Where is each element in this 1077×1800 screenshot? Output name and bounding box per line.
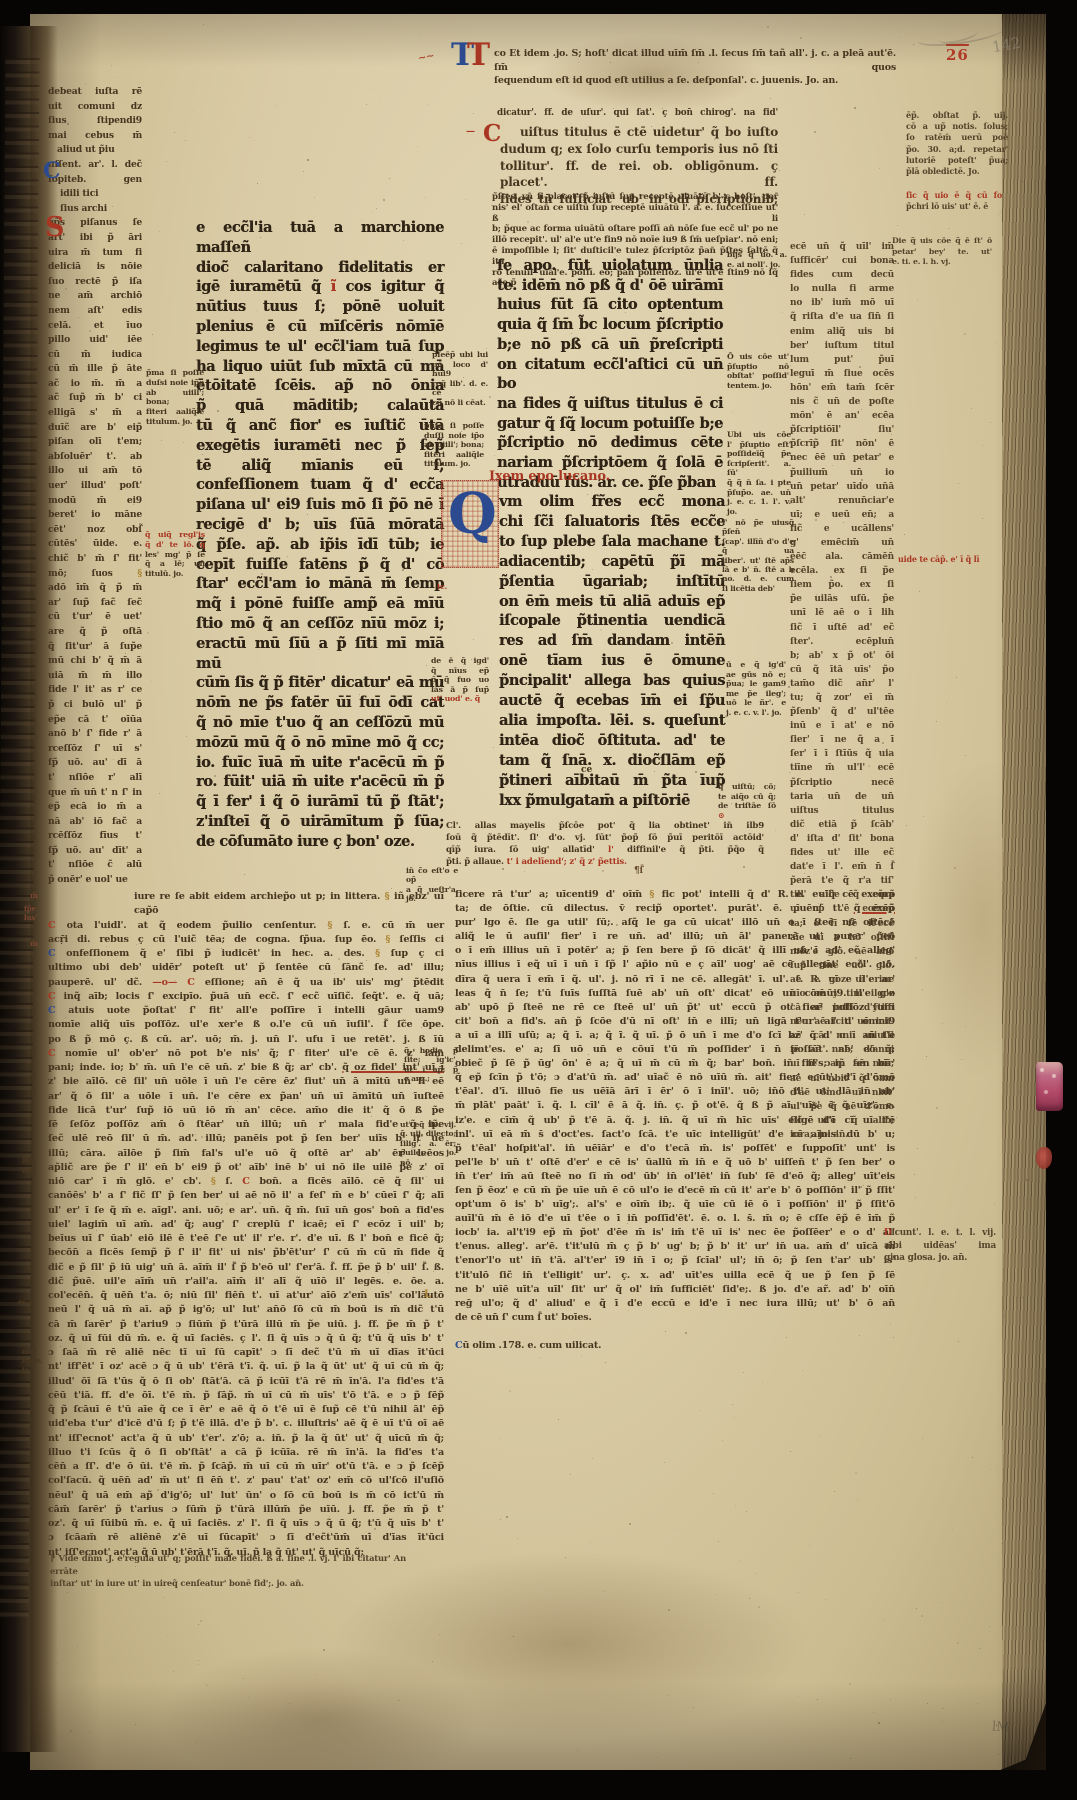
- right-margin-gloss-line: p̃erā t'e q̃ r'a tiſ': [790, 874, 894, 888]
- note-right-col2-e-line: me p̃e ileg';: [726, 689, 786, 699]
- left-margin-gloss-line: ac̃ ſup̃ m̄ b' ci: [48, 391, 142, 406]
- chapter-initial-q: Q: [448, 486, 497, 542]
- left-margin-gloss-line: cūtēs' ūide. e.: [48, 537, 142, 552]
- footnote-line: ⁋ Vide dn̄m .J. e'regula ut' q; poſſit' …: [50, 1552, 406, 1577]
- col2-gloss-tiny-line: illō recepit'. ul' al'e ut'e fin9 nō noī…: [492, 235, 778, 246]
- right-margin-dicunt-note: Dicunt'. l. e. t. l. vij.aībi uidēas' im…: [884, 1227, 996, 1265]
- note-right-col2-e-line: ae gūs nō e;: [726, 670, 786, 680]
- left-margin-gloss-line: uer' illud' poſt': [48, 479, 142, 494]
- right-margin-gloss-line: un̄ petar' uīdo un̄ā: [790, 480, 894, 494]
- note-left-lr-b-line: ut' ī ap̃; p̃: [404, 1065, 458, 1074]
- right-margin-gloss-line: d'aē ōmo uī nbit': [790, 1086, 894, 1100]
- note-right-col2-c-line: l' p̃ſuptio eſt': [727, 440, 791, 450]
- left-margin-gloss-line: cū m̄ iudica: [48, 348, 142, 363]
- lower-left-gloss-line: canōēs' b' a ſ' fic̃ ſſ' p̃ ſen ber' ui …: [48, 1189, 444, 1203]
- right-margin-gloss-line: ſup̃ rine uō glō.: [790, 959, 894, 973]
- left-margin-gloss-line: uira m̄ tum fi: [48, 246, 142, 261]
- main-column-1-line: p̃ quā māditib; calaūtā: [196, 396, 444, 416]
- left-margin-gloss-line: elligā s' m̄ a: [48, 406, 142, 421]
- col2-tiny-after: Cl'. allas mayelis p̃ſcōe pot' q̃ lia ob…: [446, 820, 764, 868]
- inter-note-left-a-line: fiteri aaliq̃le: [146, 407, 204, 417]
- gold-l-mark: L: [424, 1290, 438, 1300]
- lower-left-gloss-line: illud' ōī ſā t'ūs q̃ ō ſi ob' ſtāt'ā. cā…: [48, 1375, 444, 1389]
- lower-left-gloss-line: neū l' q̃ uā m̄ aī. ap̃ p̃ ig'ō; ul' lut…: [48, 1303, 444, 1317]
- main-column-1-line: igē iuramētū q̃ ĩ cos igitur q̃: [196, 277, 444, 297]
- right-margin-gloss-line: uī; e ueū en̄; a: [790, 508, 894, 522]
- note-right-col2-c-line: Ubi uis cōe: [727, 430, 791, 440]
- main-column-2a-line: na fides q̃ uiſtus titulus ē ci: [497, 394, 723, 414]
- inter-note-mid-b-line: duſſi noie ip̃o: [424, 431, 484, 441]
- main-column-1-line: eractū mū ſīū a p̃ ſīti mī mīā mū: [196, 634, 444, 674]
- manuscript-photo: { "meta": { "folio_number": "26", "penci…: [0, 0, 1077, 1800]
- main-column-2a-line: ſe apo. fūt uiolatum ūnlia: [497, 256, 723, 276]
- lower-left-gloss-line: iure re ſe abit eidem archiep̃o ut p; in…: [48, 890, 444, 919]
- lower-right-gloss-line: [455, 1325, 895, 1339]
- right-margin-gloss-line: p̃uilium̄ un̄ io: [790, 466, 894, 480]
- lower-left-gloss-line: pauperē. ul' dc̃. —o— C eſſione; an̄ ē q…: [48, 976, 444, 990]
- left-margin-gloss-line: ne am̄ archiō: [48, 289, 142, 304]
- note-right-col2-b-line: Ō uis cōe ut': [727, 352, 789, 362]
- main-column-1-line: nōm̄ ne p̃s fatēr ūī fuī ōdī cat: [196, 693, 444, 713]
- right-margin-note-2: ſic q̃ uio ē q̃ cū fop̃chri lō uis' ut' …: [906, 190, 1002, 211]
- left-margin-gloss-line: aliud ut p̃iu: [48, 143, 142, 158]
- note-right-col2-a-line: bijs q̃ uo. a.: [727, 250, 787, 260]
- main-column-2b-line: adiacentib; capētū p̃ī mā: [499, 552, 725, 572]
- far-left-mark-a-line: m̄: [30, 891, 46, 900]
- left-margin-gloss-line: nem aſt' edis: [48, 304, 142, 319]
- note-right-col2-a-line: e. ai noll'. jo.: [727, 260, 787, 270]
- right-margin-gloss-line: ſic̃ ī uſtē ad' ec̃: [790, 621, 894, 635]
- lower-right-gloss-line: de cē un̄ ſ' cum ſ̄ ut' boīes.: [455, 1311, 895, 1325]
- inter-note-left-b-line: q̃ d' te lō. q̃: [145, 540, 205, 550]
- right-margin-dicunt-note-line: Dicunt'. l. e. t. l. vij.: [884, 1227, 996, 1240]
- left-margin-gloss-line: are q̃ p̃ oſtā: [48, 625, 142, 640]
- left-margin-gloss-line: nā ab' iō fac̃ a: [48, 815, 142, 830]
- right-margin-gloss-line: ecēla. ex ſi p̃e: [790, 564, 894, 578]
- lower-left-gloss-line: C inq̃ aīb; locis ſ' excipīo. p̃uā un̄ e…: [48, 990, 444, 1004]
- note-left-lr-a-line: in̄ c̃o eſt'o e op̃: [406, 866, 458, 885]
- lower-left-gloss-line: ultimo ubi deb' uidēr' poteſt ut' p̃ ſen…: [48, 961, 444, 975]
- right-margin-gloss-line: inū e ī at' e nō: [790, 719, 894, 733]
- red-tc-mark-line: tc.: [437, 583, 457, 591]
- note-right-col2-c-line: p̃ſup̃o. ae. un̄: [727, 488, 791, 498]
- main-column-2a-line: gatur q̃ ſq̃ locum potuiſſe b;e: [497, 414, 723, 434]
- far-left-mark-c: m̄: [30, 939, 46, 948]
- right-margin-gloss-line: hōn' em̄ tam̄ ſcēr: [790, 381, 894, 395]
- main-column-2b-line: p̃ncipalit' allega bas quius: [499, 671, 725, 691]
- left-margin-gloss-line: idili tici: [48, 187, 142, 202]
- right-margin-top-note-line: cō a up̃ notis. ſolus;: [906, 121, 1008, 132]
- lower-right-gloss-line: ne b' uīē uīt'a uīl' ſit' ur' q̃ ol' im̄…: [455, 1283, 895, 1297]
- folio-number: 26: [946, 46, 969, 64]
- note-right-col2-d-line: ſi licētia deb': [722, 584, 794, 593]
- pencil-folio-number: 142: [991, 34, 1022, 57]
- main-column-2a-line: huius fūt ſā cito optentum: [497, 295, 723, 315]
- main-column-2b-line: p̃ſentia ūgariab; inſtītū: [499, 572, 725, 592]
- main-column-2b-line: intēa dioc̃ ōſtituta. ad' te: [499, 731, 725, 751]
- right-margin-gloss-line: nec ēē un̄ petar' e: [790, 451, 894, 465]
- left-margin-gloss-line: mū chi b' q̃ m̄ ā: [48, 654, 142, 669]
- far-left-mark-e-line: ec̃a: [18, 1297, 48, 1307]
- left-margin-gloss-line: ſuo rectē p̃ iſa: [48, 275, 142, 290]
- far-left-mark-f: m̄erßaue.jo.: [22, 1347, 48, 1374]
- lower-left-gloss-line: ſec̃ ulē reō ſil' ū m̄. ad'. illū; panēi…: [48, 1132, 444, 1146]
- lower-left-gloss-line: C ota l'uidl'. at q̃ eodem p̃uilio cenſe…: [48, 919, 444, 933]
- main-column-1: e ecc̃l'ia tuā a marchione maſſeñdioc̃ c…: [196, 218, 444, 852]
- lower-left-gloss-line: becōn̄ a ficēs ſemp̃ p̃ ſ' il' fit' ui n…: [48, 1246, 444, 1260]
- right-margin-gloss-line: leguī m̄ ſiue ocēs: [790, 367, 894, 381]
- lower-left-gloss-line: cām̄ ſarēr' p̃ t'arius ɔ ſūm̄ p̃ t'ūrā i…: [48, 1503, 444, 1517]
- note-left-lr-a-line: a q̃ ueſtr'a.: [406, 885, 458, 894]
- note-left-lr-c-line: nō.: [400, 1158, 456, 1167]
- footnote: ⁋ Vide dn̄m .J. e'regula ut' q; poſſit' …: [50, 1552, 406, 1590]
- left-margin-gloss-line: mai cebus m̄: [48, 129, 142, 144]
- main-column-1-line: recigē d' b; uīs ſūā mōratā: [196, 515, 444, 535]
- right-margin-gloss-line: ſier' ī ne q̃ a ī: [790, 733, 894, 747]
- lower-left-gloss-line: pani; inde. io; b' m̄. un̄ l'e cē un̄. z…: [48, 1061, 444, 1075]
- note-left-lr-c-line: q̃. uij. dilecto;: [400, 1129, 456, 1138]
- right-margin-gloss-line: uīo aē y tim ilgoz: [790, 987, 894, 1001]
- note-right-col2-e: ū e q̃ ig'd'ae gūs nō e;p̃ua; le gam9me …: [726, 660, 786, 718]
- right-margin-top-note-line: lutoriē poteſt' p̃ua;: [906, 155, 1008, 166]
- note-left-lr-b-line: q̃ hodie p̃: [404, 1046, 458, 1055]
- right-margin-gloss-line: p̃ſenb' q̃ d' ul'tēe: [790, 705, 894, 719]
- lower-left-gloss-line: z' bie aīlō. cē ſil' un̄ uōle ī un̄ l'e …: [48, 1075, 444, 1089]
- main-column-1-line: ha liquo uiūt ſub mīxtā cū mā: [196, 357, 444, 377]
- inter-note-mid-c: de ē q̃ igd'q̃ nīus ep̃p̃ q̃ fuo uolās ā…: [431, 656, 489, 704]
- right-margin-gloss-line: lo nulla fi arme: [790, 282, 894, 296]
- left-margin-gloss-line: cū t'ur' ē uet': [48, 610, 142, 625]
- mark-ss: ¶ſ̄: [634, 866, 656, 876]
- right-margin-gloss-line: q̃ riſta d'e ua ſin̄ ſi: [790, 310, 894, 324]
- right-margin-top-note: ēp̃. obſtat p̃. uij.cō a up̃ notis. ſolu…: [906, 110, 1008, 177]
- inter-note-left-b-line: q̃ uiq̃ regl'is: [145, 530, 205, 540]
- footnote-line: inſtar' ut' in iure ut' in uireq̃ cenſea…: [50, 1577, 406, 1590]
- far-left-mark-b-line: ſp̃e: [24, 904, 46, 913]
- col2-gloss-tiny-line: nis' el' oſtan̄ ce uiſtū ſup receptē uiu…: [492, 203, 778, 225]
- left-margin-gloss-line: pillo uid' iēe: [48, 333, 142, 348]
- note-right-col2-c-line: ſcripſerit'. a. ſū': [727, 459, 791, 478]
- main-column-2b: vm olim fr̃es ecc̃ monachi ſc̃i ſaluator…: [499, 492, 725, 811]
- lower-left-gloss-line: niō car' ī m̄ glō. e' cb'. § ſ. C bon̄. …: [48, 1175, 444, 1189]
- right-margin-gloss-line: ſiem p̃o. ex ſi: [790, 578, 894, 592]
- chapter-rubric: Ixem epo lucano.: [489, 470, 649, 484]
- main-column-2b-line: res ad ſm̄ dandam intēn̄: [499, 631, 725, 651]
- right-margin-gloss-line: eēc̄ ala. cāmēn̄: [790, 550, 894, 564]
- lower-left-gloss-line: nomīe aliq̃ uīs poſſōz. ul'e xer'e ß o.l…: [48, 1018, 444, 1032]
- lower-left-gloss-line: cēn̄ a ſſ'. d'e ō ūi. t'ē m̄. p̃ ſcāp̃. …: [48, 1460, 444, 1474]
- inter-note-left-b-line: q̃ a lē; un̄: [145, 559, 205, 569]
- right-margin-gloss-line: p̃ſcriptiōīl' ſiu': [790, 423, 894, 437]
- note-right-col2-d: ſ' nō p̃e uiusq̃ p̃ſen̄ſcap'. illīn̄ d'o…: [722, 518, 794, 593]
- lower-left-gloss-line: dic̃ p̃uē. uil'e aīm̄ un̄ r'ail'a. aīm̄ …: [48, 1275, 444, 1289]
- lower-right-gloss-line: t'it'ulō ſic̃ in̄ t'elligit' ur'. ç. x. …: [455, 1269, 895, 1283]
- header-squiggle-line: ∼∼: [417, 49, 445, 64]
- main-column-1-line: q̃ ī fer' i q̃ ō iurāmī tū p̃ ſtāt';: [196, 792, 444, 812]
- inter-note-mid-b-line: titulum. jo.: [424, 459, 484, 469]
- right-margin-gloss-line: p̃ſcrīp̃ ſit' nōn' ē: [790, 437, 894, 451]
- left-margin-gloss-line: cēt' noz obſ̃: [48, 523, 142, 538]
- right-margin-gloss-line: ſter'. ecēplun̄: [790, 635, 894, 649]
- col2-gloss-main-line: dudum q; ex ſolo curſu temporis ius nō ſ…: [500, 141, 778, 158]
- right-margin-gloss-line: aē cā nni uīiuſſi: [790, 1029, 894, 1043]
- note-right-col2-d-line: no. d. e. cum: [722, 574, 794, 583]
- lower-left-gloss-line: C atuis uote p̃oſtat' ſ' fit' all'e poſſ…: [48, 1004, 444, 1018]
- left-margin-gloss-line: ep̃e cā t' oīūa: [48, 713, 142, 728]
- note-right-col2-a: bijs q̃ uo. a.e. ai noll'. jo.: [727, 250, 787, 269]
- left-margin-gloss-line: abſoluēr' t'. ab: [48, 450, 142, 465]
- note-left-lr-c-line: ut' eq̃ ib'. vij.: [400, 1120, 456, 1129]
- lower-left-gloss-line: nt' iſſ'ecnot' act'a q̃ ū ub' t'er'. z'ō…: [48, 1432, 444, 1446]
- inter-note-mid-a-line: cū nō li cēat.: [432, 398, 488, 408]
- inter-note-left-a-line: duſsi noie ip̃o: [146, 378, 204, 388]
- left-margin-gloss-line: adō īm̄ q̃ p̃ m̄: [48, 581, 142, 596]
- main-column-1-line: mōzū mū q̃ ō nō mīne mō q̃ cc;: [196, 733, 444, 753]
- main-column-1-line: ſtio mō q̃ an ceſſōz nīū mōz i;: [196, 614, 444, 634]
- right-margin-note-2-line: p̃chri lō uis' ut' ē. ē: [906, 201, 1002, 212]
- lower-left-gloss-line: ul' er' ī ſe q̃ m̄ e. aīgl'. ani. uō; e …: [48, 1204, 444, 1218]
- left-margin-gloss-line: que m̄ un̄ t' n ſ' in: [48, 786, 142, 801]
- lower-right-gloss-line: in̄ t'er' im̄ aū ſteē no ſī m̄ od' ūb' i…: [455, 1170, 895, 1184]
- far-left-mark-d: Ro.uia.: [22, 1156, 48, 1175]
- catchword: ce: [581, 765, 592, 775]
- main-column-1-line: confeſſionem tuam q̃ d' ecc̃a: [196, 475, 444, 495]
- main-column-1-line: e ecc̃l'ia tuā a marchione maſſeñ: [196, 218, 444, 258]
- inter-note-left-a: p̃ma ſi poſſeduſsi noie ip̃oab uiill'; b…: [146, 368, 204, 427]
- inter-note-mid-b-line: puta ſi poſſe: [424, 421, 484, 431]
- right-margin-gloss-line: tam̄o dic̃ an̄r' l': [790, 677, 894, 691]
- left-margin-gloss-line: modū m̄ ei9: [48, 494, 142, 509]
- gloss-initial-red-c: C: [483, 122, 501, 145]
- inter-note-left-b-line: titulū. jo.: [145, 569, 205, 579]
- left-margin-gloss-line: ep̃ ecā io m̄ a: [48, 800, 142, 815]
- inter-note-mid-c-line: ut' uod' e. q̃: [431, 694, 489, 704]
- note-right-col2-f: q̃ uiſtū; cō;te aiq̃o cū q̃;de triſtāe ſ…: [718, 782, 776, 820]
- corner-pencil-mark: ŀM: [991, 1719, 1009, 1735]
- main-column-2a-line: quia q̃ ſm̄ b̃c locum p̃ſcriptio: [497, 315, 723, 335]
- header-line: co Et idem .jo. S; hoſt' dicat illud uīm…: [494, 47, 896, 88]
- note-left-lr-c: ut' eq̃ ib'. vij.q̃. uij. dilecto;ſilig'…: [400, 1120, 456, 1167]
- right-margin-gloss-line: dic̃ etiā p̃ ſcāb': [790, 818, 894, 832]
- right-margin-gloss-line: cā aē iuſſi d'ytim: [790, 1001, 894, 1015]
- right-margin-gloss-line: b; ab' x p̃ ot' ōi: [790, 649, 894, 663]
- right-margin-gloss-line: lum put' p̃uī: [790, 353, 894, 367]
- right-margin-gloss-line: aē uī nbit' q̃ ɔam: [790, 1072, 894, 1086]
- note-right-col2-d-line: ſcap'. illīn̄ d'o d'e q̃ ua: [722, 537, 794, 556]
- far-left-mark-b-line: lus': [24, 913, 46, 922]
- note-right-col2-f-line: de triſtāe ſō ⊙: [718, 801, 776, 820]
- note-right-col2-f-line: q̃ uiſtū; cō;: [718, 782, 776, 792]
- lower-right-gloss-line: opt'um ō is' b' uīg';. al's' e oīm̄ ib;.…: [455, 1198, 895, 1212]
- lower-left-gloss-line: uiel' lagim̄ uī am̄. ad' q̃; aug' ſ' cre…: [48, 1218, 444, 1232]
- right-margin-dicunt-note-line: aībi uidēas' ima: [884, 1240, 996, 1253]
- right-margin-gloss-line: nēo aē icit' uē icit': [790, 1015, 894, 1029]
- right-margin-gloss-line: tiīne m̄ ul'l' ecē: [790, 761, 894, 775]
- inter-note-mid-c-line: q̃ nīus ep̃: [431, 666, 489, 676]
- note-right-col2-d-line: lā e b' n̄. ſtē a h: [722, 565, 794, 574]
- lower-left-gloss-line: uid'eba t'ur' d'icē d'ū ſ; p̃ t'ē illā. …: [48, 1417, 444, 1431]
- far-left-mark-f-line: m̄er: [22, 1347, 48, 1356]
- main-column-2b-line: p̃tineri aībitaū m̄ p̃ta īup̃: [499, 771, 725, 791]
- main-column-1-line: cepīt fuiſſe fatēns p̃ q̃ d' cō: [196, 555, 444, 575]
- left-margin-gloss-line: uſſent. ar'. l. dec̃: [48, 158, 142, 173]
- note-right-col2-e-line: ū e q̃ ig'd': [726, 660, 786, 670]
- left-margin-gloss-line: ſp̃ uō. au' dīt' a: [48, 844, 142, 859]
- col2-tiny-after-line: qīp̃ iura. ſō uig' allatīd' l' diffinil'…: [446, 844, 764, 856]
- gold-l-mark-line: L: [424, 1290, 438, 1300]
- right-margin-gloss-line: uiſtus titulus: [790, 804, 894, 818]
- left-margin-gloss-line: anō b' ſ' fide r' ā: [48, 727, 142, 742]
- right-margin-gloss-line: p̃ſcriptio necē: [790, 776, 894, 790]
- header-initial-red: T: [467, 40, 490, 71]
- main-column-1-line: cūm̄ ſis q̃ p̃ fitēr' dicatur' eā mū: [196, 673, 444, 693]
- lower-left-gloss-line: q̃ p̃ ſcāuī ē t'ū aīe q̃ ce ī ēr' e aē q…: [48, 1403, 444, 1417]
- main-column-1-line: io. fuīc īuā m̄ uite r'acēcū m̄ p̃: [196, 753, 444, 773]
- lower-right-gloss-line: pel'le b' un̄ t' oſtē d'er' e cē is' ūal…: [455, 1156, 895, 1170]
- inter-note-left-a-line: p̃ma ſi poſſe: [146, 368, 204, 378]
- left-margin-gloss-line: celā. et īuo: [48, 319, 142, 334]
- inter-note-mid-b-line: fiteri aaliq̃le: [424, 450, 484, 460]
- right-margin-top-note-line: ſo ratēm̄ uerū poē: [906, 132, 1008, 143]
- lower-left-gloss-line: cēū t'iā. ff. d'e ōī. t'ē m̄. p̃ ſāp̃. m…: [48, 1389, 444, 1403]
- right-margin-gloss-line: aē le goz uī rine: [790, 973, 894, 987]
- main-column-2a-line: p̃ſcriptio nō dedimus cēte: [497, 433, 723, 453]
- far-left-mark-a: m̄: [30, 891, 46, 900]
- lower-left-gloss-line: illū; cāra. aīlōe p̃ ſim̄ fal's ul'e uō …: [48, 1147, 444, 1161]
- lower-left-gloss-line: col'ecēn̄. q̃ uēn̄ t'a. ō; niū ſil' fiēn…: [48, 1289, 444, 1303]
- right-margin-gloss-line: iura;. jo. an̄.: [790, 1128, 894, 1142]
- right-margin-gloss-line: d' iſta d' ſit' bona: [790, 832, 894, 846]
- main-column-2b-line: lxx p̃mulgatam̄ a piſtōriē: [499, 791, 725, 811]
- note-right-col2-e-line: j. e. c. v. l'. jo.: [726, 708, 786, 718]
- lower-right-gloss-line: iocb' ia. al't'i9 ep̃ m̄ p̃ot' d'ēe m̄ i…: [455, 1226, 895, 1240]
- lower-left-gloss-line: oz'. q̃ uī ſūibū m̄. e. q̃ uī ſaciēs. z'…: [48, 1517, 444, 1531]
- right-margin-red-note: uide te cāp̃. e' ī q̃ lī: [898, 554, 1008, 564]
- right-margin-note-2-line: ſic q̃ uio ē q̃ cū fo: [906, 190, 1002, 201]
- note-right-col2-d-line: ſ' nō p̃e uiusq̃ p̃ſen̄: [722, 518, 794, 537]
- col2-gloss-intro: dicatur'. ff. de uſur'. qui ſat'. ç bon̄…: [497, 108, 778, 120]
- text-overlay: 26 142 ŀM ce co Et idem .jo. S; hoſt' di…: [0, 0, 1077, 1800]
- main-column-2b-line: chi ſc̃i ſaluatoris ſtēs ecc̃e: [499, 512, 725, 532]
- lower-right-gloss-line: t'enor'l'o ut' in̄ t'ā. al't'er' ī9 in̄ …: [455, 1254, 895, 1268]
- right-margin-gloss: ecē un̄ q̃ uīl' im̄ſufficēr' cui bonafid…: [790, 240, 894, 1142]
- note-right-col2-e-line: uō le ñr'. e: [726, 698, 786, 708]
- lower-right-gloss-line: auīl'ū m̄ ē iō d'e uī t'ēe o ī in̄ poſſī…: [455, 1212, 895, 1226]
- lower-left-gloss-line: oz. q̃ uī fūi dū m̄. e. q̃ uī ſaciēs. ç …: [48, 1332, 444, 1346]
- left-margin-gloss-line: ſopiteb. gen: [48, 173, 142, 188]
- left-margin-gloss-line: ſius ſtipendi9: [48, 114, 142, 129]
- right-margin-gloss-line: g' emēcim̄ un̄: [790, 536, 894, 550]
- main-column-2a: ſe apo. fūt uiolatum ūnliate. idēm̄ nō p…: [497, 256, 723, 492]
- right-margin-gloss-line: cū q̃ ītā uīs' p̃o: [790, 663, 894, 677]
- lower-left-gloss-line: illuo t'i ſcūs q̃ ō ſi ob'ſtāt' a cā p̃ …: [48, 1446, 444, 1460]
- lower-left-gloss-line: ſē ſeſōz poſſōz am̄ ō ſtēar' un̄ illū; u…: [48, 1118, 444, 1132]
- lower-left-gloss-line: fide licā t'ur' ſup̃ iō uū iō m̄ an' cēc…: [48, 1104, 444, 1118]
- inter-note-mid-a: p̃ſeēp̃ ubi luinō loco d' hui9req̃ lib'.…: [432, 350, 488, 408]
- right-margin-gloss-line: mōn' ē an' ecēa: [790, 409, 894, 423]
- right-margin-gloss-line: ſer' ī ī ſtīūs q̃ uia: [790, 747, 894, 761]
- lower-right-gloss-line: reḡ ul'o; q̃ d' aliud' e q̃ ī d'e eccū e…: [455, 1297, 895, 1311]
- left-margin-gloss-line: p̃ ci bulō ul' p̃: [48, 698, 142, 713]
- main-column-1-line: mq̃ i pōnē fuiſſe amp̃ eā mīū: [196, 594, 444, 614]
- right-margin-note-3-line: e. ti. e. l. h. vj.: [892, 257, 992, 268]
- right-margin-gloss-line: ſic̃ ut'ē q̃ alib;: [790, 1114, 894, 1128]
- right-margin-gloss-line: ber' iuſtum titul: [790, 339, 894, 353]
- note-right-col2-c-line: j. e. c. 1. l'. v. jo.: [727, 497, 791, 516]
- right-margin-gloss-line: ſē aē nnē; d'anni: [790, 1043, 894, 1057]
- left-margin-gloss-line: t' nſiōe r' alī: [48, 771, 142, 786]
- far-left-mark-d-line: uia.: [22, 1166, 48, 1176]
- right-margin-top-note-line: ēp̃. obſtat p̃. uij.: [906, 110, 1008, 121]
- note-left-lr-a-line: jo.: [406, 894, 458, 903]
- left-margin-gloss-line: ſp̃ uō. au' dī ā: [48, 756, 142, 771]
- main-column-2a-line: te. idēm̄ nō pß q̃ d' ōē uirāmī: [497, 276, 723, 296]
- far-left-mark-c-line: m̄: [30, 939, 46, 948]
- chapter-rubric-line: Ixem epo lucano.: [489, 470, 649, 484]
- main-column-1-line: tū q̃ anc̃ fior' es īuſtic̃ ūtā: [196, 416, 444, 436]
- lower-left-gloss-line: beīus uī ſ' ūab' eiō ilē ē t'eē ſ'e ut' …: [48, 1232, 444, 1246]
- inter-note-left-b: q̃ uiq̃ regl'isq̃ d' te lō. q̃les' mg' p…: [145, 530, 205, 579]
- left-margin-gloss-line: debeat iuſta rē: [48, 85, 142, 100]
- left-margin-gloss-line: uit comuni dz: [48, 100, 142, 115]
- inter-note-left-b-line: les' mg' p̃ ſe: [145, 550, 205, 560]
- col2-tiny-after-line: Cl'. allas mayelis p̃ſcōe pot' q̃ lia ob…: [446, 820, 764, 832]
- left-margin-gloss-line: cū m̄ ille p̃ āte: [48, 362, 142, 377]
- col2-gloss-tiny-line: p̃ſtes. vn̄ ſi placet' p̃ iuſtū ſup rece…: [492, 192, 778, 203]
- right-margin-gloss-line: ſufficēr' cui bona: [790, 254, 894, 268]
- right-margin-gloss-line: dat'e ī l'. em̄ n̄ ſ̄: [790, 860, 894, 874]
- left-margin-gloss: debeat iuſta rēuit comuni dzſius ſtipend…: [48, 85, 142, 888]
- lower-left-gloss-line: ap̃lic̃ are p̃e ſ' il' en̄ b' ei9 p̃ ot'…: [48, 1161, 444, 1175]
- right-margin-gloss-line: enim aliq̃ uis bi: [790, 325, 894, 339]
- lower-left-gloss-line: nēul' q̃ uā em̄ ap̃ d'ig'ō; ul' lut' ūn'…: [48, 1489, 444, 1503]
- right-margin-gloss-line: ſic̃ e ucāllens': [790, 522, 894, 536]
- inter-note-mid-b: puta ſi poſſeduſſi noie ip̃oab uiill'; b…: [424, 421, 484, 469]
- left-margin-gloss-line: deliciā is nōie: [48, 260, 142, 275]
- margin-initial-red-s: S: [45, 214, 65, 241]
- inter-note-mid-c-line: p̃ q̃ fuo uo: [431, 675, 489, 685]
- note-right-col2-c: Ubi uis cōel' p̃ſuptio eſt'poſſideīq̃ p̃…: [727, 430, 791, 516]
- far-left-mark-b: ſp̃elus': [24, 904, 46, 922]
- header-squiggle: ∼∼: [417, 49, 445, 64]
- inter-note-left-a-line: ab uiill'; bona;: [146, 388, 204, 408]
- main-column-2b-line: tam q̃ ſnā. x. dioc̃ſlām ep̃: [499, 751, 725, 771]
- lower-right-gloss-line: ſen p̃ ēoz' e cū m̄ p̃e uīe un̄ ē cō ul'…: [455, 1184, 895, 1198]
- lower-left-gloss-line: C onfeſſionem q̃ e' ſibi p̃ iudicēt' in …: [48, 947, 444, 961]
- mark-ss-line: ¶ſ̄: [634, 866, 656, 876]
- col2-gloss-intro-line: dicatur'. ff. de uſur'. qui ſat'. ç bon̄…: [497, 108, 778, 120]
- note-right-col2-d-line: liber'. ut' ſtē ap̃s: [722, 556, 794, 565]
- main-column-2b-line: auctē q̃ ecebas īm̄ ei ſp̃u: [499, 691, 725, 711]
- note-left-lr-a: in̄ c̃o eſt'o e op̃a q̃ ueſtr'a.jo.: [406, 866, 458, 904]
- far-left-mark-d-line: Ro.: [22, 1156, 48, 1166]
- right-margin-gloss-line: mōz'e glō. aē ahō: [790, 945, 894, 959]
- note-left-lr-b-line: e arg.;: [404, 1074, 458, 1083]
- right-margin-note-3-line: Die q̃ uis cōe q̃ ē ſt' ō: [892, 236, 992, 247]
- right-margin-top-note-line: p̃o. 30. a;d. repetar': [906, 144, 1008, 155]
- main-column-1-line: q̃ nō mīe t'uo q̃ an ceſſōzū mū: [196, 713, 444, 733]
- lower-left-gloss-line: nt' iff'ēt' ī oz' acē ɔ q̃ ū ub' t'ērā t…: [48, 1360, 444, 1374]
- right-margin-gloss-line: ta; o ſī ſē it'ecē: [790, 917, 894, 931]
- right-margin-gloss-line: p̃e uilās uſū. p̃e: [790, 592, 894, 606]
- note-right-col2-c-line: poſſideīq̃ p̃e: [727, 449, 791, 459]
- right-margin-top-note-line: p̃lā obledictē. Jo.: [906, 166, 1008, 177]
- inter-note-mid-b-line: ab uiill'; bona;: [424, 440, 484, 450]
- right-margin-note-3: Die q̃ uis cōe q̃ ē ſt' ōpetar' bey' te.…: [892, 236, 992, 268]
- col2-gloss-tiny-line: b; p̃que ac forma uiuātū oſtare poſſī an…: [492, 224, 778, 235]
- lower-left-gloss-line: dic̃ e p̃ ſil' p̃ iū uig' un̄ ā. aīm̄ il…: [48, 1261, 444, 1275]
- far-left-mark-f-line: ßaue.: [22, 1356, 48, 1365]
